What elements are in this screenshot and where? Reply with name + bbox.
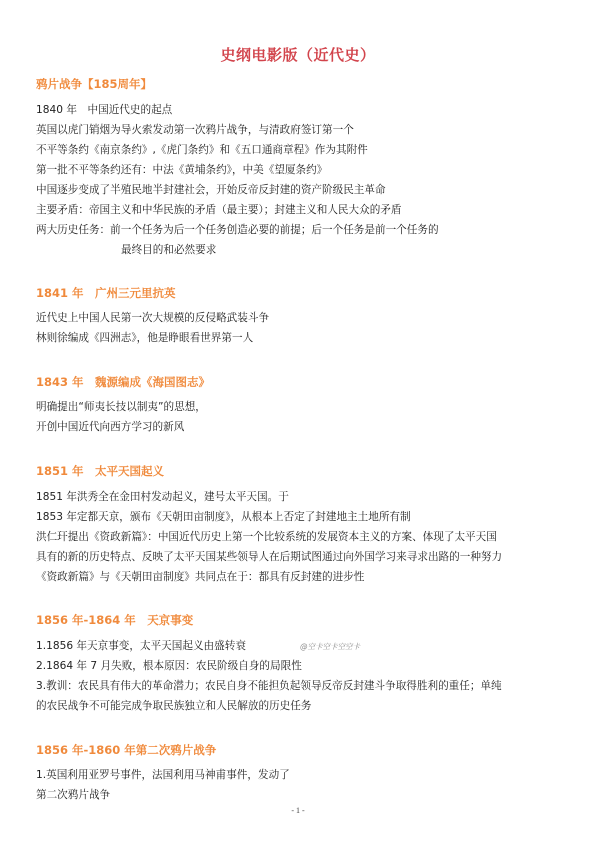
section-line: 2.1864 年 7 月失败，根本原因：农民阶级自身的局限性 — [36, 659, 302, 673]
section-line: 两大历史任务：前一个任务为后一个任务创造必要的前提；后一个任务是前一个任务的 — [36, 223, 439, 237]
section-line: 3.教训：农民具有伟大的革命潜力；农民自身不能担负起领导反帝反封建斗争取得胜利的… — [36, 679, 502, 693]
section-line: 1.英国利用亚罗号事件，法国利用马神甫事件，发动了 — [36, 768, 290, 782]
section-heading-1841: 1841 年 广州三元里抗英 — [36, 285, 176, 301]
section-heading-1851: 1851 年 太平天国起义 — [36, 463, 164, 479]
section-line: 第一批不平等条约还有：中法《黄埔条约》，中美《望厦条约》 — [36, 163, 327, 177]
section-heading-1856-1864: 1856 年-1864 年 天京事变 — [36, 612, 193, 628]
document-title: 史纲电影版（近代史） — [0, 44, 596, 65]
section-line: 近代史上中国人民第一次大规模的反侵略武装斗争 — [36, 311, 269, 325]
section-line: 的农民战争不可能完成争取民族独立和人民解放的历史任务 — [36, 699, 311, 713]
section-line: 中国逐步变成了半殖民地半封建社会，开始反帝反封建的资产阶级民主革命 — [36, 183, 386, 197]
section-line: 1851 年洪秀全在金田村发动起义，建号太平天国。于 — [36, 490, 289, 504]
section-line: 《资政新篇》与《天朝田亩制度》共同点在于：都具有反封建的进步性 — [36, 570, 364, 584]
watermark: @空卡空卡空空卡 — [300, 641, 360, 652]
section-line: 英国以虎门销烟为导火索发动第一次鸦片战争，与清政府签订第一个 — [36, 123, 354, 137]
section-line: 最终目的和必然要求 — [121, 243, 216, 257]
page-number: - 1 - — [0, 806, 596, 815]
section-line: 1840 年 中国近代史的起点 — [36, 103, 172, 117]
section-line: 林则徐编成《四洲志》，他是睁眼看世界第一人 — [36, 331, 253, 345]
section-line: 开创中国近代向西方学习的新风 — [36, 420, 184, 434]
section-line: 主要矛盾：帝国主义和中华民族的矛盾（最主要）；封建主义和人民大众的矛盾 — [36, 203, 401, 217]
section-heading-1843: 1843 年 魏源编成《海国图志》 — [36, 374, 210, 390]
section-heading-second-opium-war: 1856 年-1860 年第二次鸦片战争 — [36, 742, 216, 758]
section-line: 洪仁玕提出《资政新篇》：中国近代历史上第一个比较系统的发展资本主义的方案、体现了… — [36, 530, 497, 544]
section-line: 不平等条约《南京条约》,《虎门条约》和《五口通商章程》作为其附件 — [36, 143, 368, 157]
section-line: 具有的新的历史特点、反映了太平天国某些领导人在后期试图通过向外国学习来寻求出路的… — [36, 550, 502, 564]
document-page: 史纲电影版（近代史） 鸦片战争【185周年】 1840 年 中国近代史的起点 英… — [0, 0, 596, 843]
section-line: 1853 年定都天京，颁布《天朝田亩制度》，从根本上否定了封建地主土地所有制 — [36, 510, 411, 524]
section-line: 1.1856 年天京事变，太平天国起义由盛转衰 — [36, 639, 246, 653]
section-heading-opium-war: 鸦片战争【185周年】 — [36, 76, 152, 92]
section-line: 第二次鸦片战争 — [36, 788, 110, 802]
section-line: 明确提出“师夷长技以制夷”的思想， — [36, 400, 206, 414]
